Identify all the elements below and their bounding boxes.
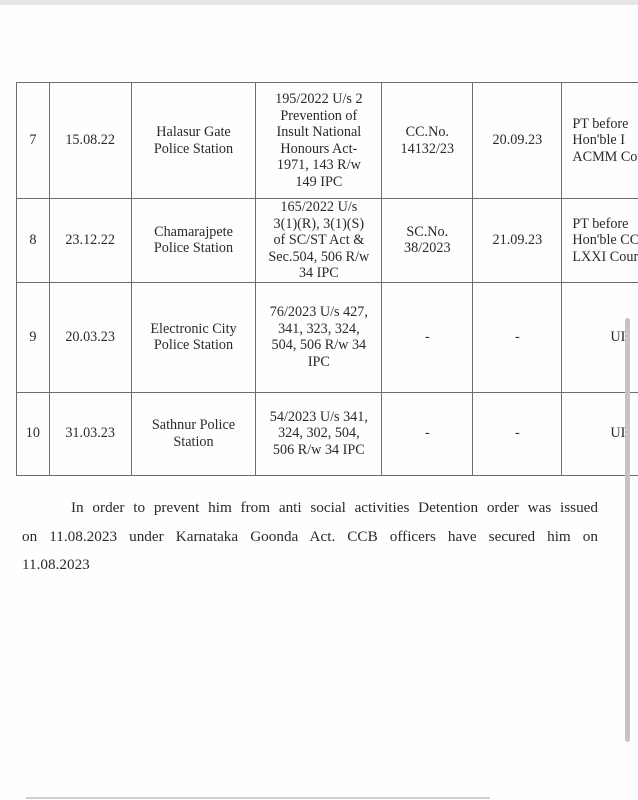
cell-serial-number: 9: [17, 282, 50, 392]
cell-charge-sheet-date: -: [473, 282, 562, 392]
cell-crime-sections-line: 34 IPC: [259, 265, 378, 282]
cell-status-line: ACMM Cour: [572, 149, 638, 166]
cell-status: PT beforeHon'ble IACMM Cour: [562, 83, 638, 199]
cell-crime-sections-line: Honours Act-: [259, 141, 378, 158]
cell-case-number-line: SC.No.: [385, 224, 469, 241]
cell-police-station-line: Police Station: [135, 337, 253, 354]
cell-crime-sections-line: 165/2022 U/s: [259, 199, 378, 216]
cell-crime-sections-line: 506 R/w 34 IPC: [259, 442, 378, 459]
cell-crime-sections-line: 324, 302, 504,: [259, 425, 378, 442]
cell-status-line: PT before: [572, 216, 638, 233]
cell-case-number: CC.No.14132/23: [382, 83, 473, 199]
case-records-table: 715.08.22Halasur GatePolice Station195/2…: [16, 82, 638, 476]
cell-case-number-line: CC.No.: [385, 124, 469, 141]
cell-crime-sections-line: of SC/ST Act &: [259, 232, 378, 249]
cell-crime-sections-line: Sec.504, 506 R/w: [259, 249, 378, 266]
cell-crime-sections: 54/2023 U/s 341,324, 302, 504,506 R/w 34…: [256, 392, 382, 475]
cell-police-station-line: Sathnur Police: [135, 417, 253, 434]
cell-crime-sections: 76/2023 U/s 427,341, 323, 324,504, 506 R…: [256, 282, 382, 392]
cell-status-line: Hon'ble I: [572, 132, 638, 149]
cell-crime-sections-line: 3(1)(R), 3(1)(S): [259, 216, 378, 233]
cell-police-station-line: Police Station: [135, 240, 253, 257]
cell-date: 15.08.22: [49, 83, 131, 199]
cell-crime-sections-line: 504, 506 R/w 34: [259, 337, 378, 354]
cell-serial-number: 10: [17, 392, 50, 475]
cell-crime-sections: 195/2022 U/s 2Prevention ofInsult Nation…: [256, 83, 382, 199]
cell-police-station: Electronic CityPolice Station: [131, 282, 256, 392]
paragraph-line-3: 11.08.2023: [22, 551, 598, 580]
cell-charge-sheet-date: -: [473, 392, 562, 475]
cell-serial-number: 7: [17, 83, 50, 199]
cell-charge-sheet-date: 20.09.23: [473, 83, 562, 199]
cell-police-station-line: Station: [135, 434, 253, 451]
cell-crime-sections-line: 195/2022 U/s 2: [259, 91, 378, 108]
cell-status-line: Hon'ble CCI: [572, 232, 638, 249]
cell-case-number: -: [382, 282, 473, 392]
page-bottom-edge: [26, 797, 490, 799]
cell-date: 20.03.23: [49, 282, 131, 392]
cell-date: 31.03.23: [49, 392, 131, 475]
table-row: 920.03.23Electronic CityPolice Station76…: [17, 282, 638, 392]
paragraph-line-1: In order to prevent him from anti social…: [22, 494, 598, 523]
cell-case-number: SC.No.38/2023: [382, 199, 473, 283]
cell-police-station: Halasur GatePolice Station: [131, 83, 256, 199]
cell-police-station-line: Police Station: [135, 141, 253, 158]
cell-crime-sections-line: 341, 323, 324,: [259, 321, 378, 338]
cell-crime-sections-line: 1971, 143 R/w: [259, 157, 378, 174]
cell-police-station: Sathnur PoliceStation: [131, 392, 256, 475]
cell-serial-number: 8: [17, 199, 50, 283]
detention-order-paragraph: In order to prevent him from anti social…: [22, 494, 598, 580]
cell-crime-sections-line: 54/2023 U/s 341,: [259, 409, 378, 426]
cell-case-number-line: 38/2023: [385, 240, 469, 257]
table-row: 823.12.22ChamarajpetePolice Station165/2…: [17, 199, 638, 283]
cell-crime-sections-line: IPC: [259, 354, 378, 371]
vertical-scrollbar-thumb[interactable]: [625, 318, 630, 742]
table-row: 1031.03.23Sathnur PoliceStation54/2023 U…: [17, 392, 638, 475]
cell-police-station-line: Chamarajpete: [135, 224, 253, 241]
cell-date: 23.12.22: [49, 199, 131, 283]
cell-case-number: -: [382, 392, 473, 475]
table-row: 715.08.22Halasur GatePolice Station195/2…: [17, 83, 638, 199]
paragraph-line-2: on 11.08.2023 under Karnataka Goonda Act…: [22, 523, 598, 552]
cell-crime-sections-line: Prevention of: [259, 108, 378, 125]
cell-crime-sections-line: 149 IPC: [259, 174, 378, 191]
cell-status: PT beforeHon'ble CCILXXI Cour: [562, 199, 638, 283]
cell-status-line: LXXI Cour: [572, 249, 638, 266]
cell-case-number-line: -: [385, 329, 469, 346]
cell-police-station-line: Electronic City: [135, 321, 253, 338]
cell-police-station-line: Halasur Gate: [135, 124, 253, 141]
cell-case-number-line: -: [385, 425, 469, 442]
cell-charge-sheet-date: 21.09.23: [473, 199, 562, 283]
cell-crime-sections: 165/2022 U/s3(1)(R), 3(1)(S)of SC/ST Act…: [256, 199, 382, 283]
cell-case-number-line: 14132/23: [385, 141, 469, 158]
cell-crime-sections-line: Insult National: [259, 124, 378, 141]
cell-status-line: PT before: [572, 116, 638, 133]
cell-police-station: ChamarajpetePolice Station: [131, 199, 256, 283]
cell-crime-sections-line: 76/2023 U/s 427,: [259, 304, 378, 321]
